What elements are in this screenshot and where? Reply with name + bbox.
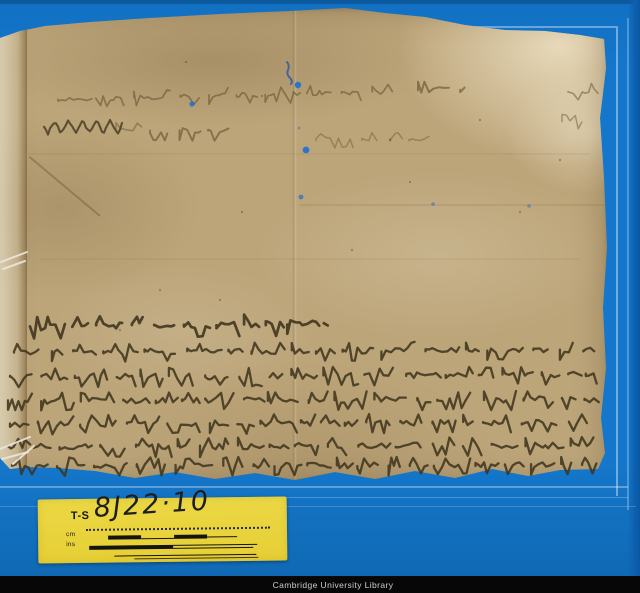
cm-scale-bar [108, 535, 141, 539]
center-fold-crease [292, 10, 297, 478]
manuscript-fragment [0, 8, 608, 483]
fragment-fold-edge [0, 8, 27, 483]
cm-scale-bar [207, 536, 237, 537]
background-top-shade [0, 0, 640, 4]
ins-scale-bar [89, 544, 173, 550]
cm-scale-bar [174, 534, 207, 538]
photo-stage: T-S 8J22·10 cm ins Cambridge University … [0, 0, 640, 593]
horizontal-crease [300, 204, 605, 206]
library-credit: Cambridge University Library [273, 580, 394, 590]
cm-scale-bar [141, 538, 174, 539]
scale-card: T-S 8J22·10 cm ins [38, 496, 288, 563]
scale-rule-line [134, 556, 258, 559]
horizontal-crease [28, 153, 590, 155]
background-right-band [628, 0, 640, 576]
ins-label: ins [66, 541, 75, 548]
glass-edge-bottom-mid [250, 497, 628, 498]
credit-strip: Cambridge University Library [0, 576, 640, 593]
glass-edge-right-inner [616, 28, 618, 496]
horizontal-crease [40, 258, 580, 260]
cm-label: cm [66, 531, 75, 538]
glass-edge-bottom-inner [0, 486, 628, 488]
surface-scratch [29, 156, 100, 216]
ins-scale-bar [173, 544, 257, 546]
ins-scale-bar [173, 547, 253, 549]
